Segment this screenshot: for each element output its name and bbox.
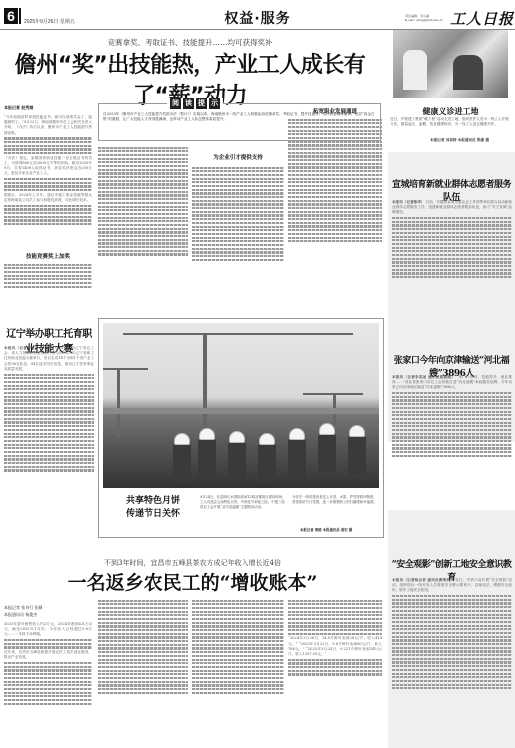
subhead-competition: 技能竞赛奖上加奖 [4,252,92,260]
subhead-talent: 为企业引才提供支持 [192,153,284,161]
second-paragraph: 2023年茶叶销售收入约2万元，2024年涨到4.8万余元，截至2025年1月份… [4,622,92,636]
lead-paragraph: 《办法》规定，参照国家职业技能一至五级证书的员工，可获得800元至2000元不等… [4,156,92,176]
lead-column-2 [98,145,188,315]
second-column-4: “2024年3月26日，14.8斤鲜叶卖到28元/斤，收入414元。” “202… [288,598,382,748]
health-photo-credit: 本报记者 刘昊特 本报通讯员 梁睿 摄 [430,138,489,143]
editor-info: 责任编辑：劳小赢 E-mail：grbqy@grrb.com.cn [405,14,443,22]
subhead-career: 拓宽职业发展通道 [288,107,382,115]
second-column-1: 2023年茶叶销售收入约2万元，2024年涨到4.8万余元，截至2025年1月份… [4,622,92,748]
photo-title-line-1: 共享特色月饼 [108,495,198,508]
safety-article-body: 本报讯（记者杨志君 通讯员费维纳） 近日，中铁六局开展“安全观影”活动，组织项目… [392,578,512,738]
xuancheng-byline: 本报讯（记者陈华） [392,200,424,204]
health-photo-text: 近日，中铁建工集团“暖工程”活动走进工地，组织医护人员为一线工人开展义诊，测量血… [390,117,512,127]
photo-title-line-2: 传递节日关怀 [108,508,198,521]
lead-column-1b [4,262,92,294]
reading-tip-label: 阅 读 提 示 [167,98,223,109]
xuancheng-article-body: 本报讯（记者陈华） 日前，安徽省宣城市委社会工作部等单位联合启动新就业群体志愿服… [392,200,512,320]
lead-paragraph: 据统计，2024年上半年，通过中级工职业技能等级认定的海南某公司员工参与积极性高… [4,193,92,202]
newspaper-logo: 工人日报 [450,8,514,29]
workers-photo [103,323,379,488]
second-byline-2: 本报通讯员 杨俊杰 [4,612,37,618]
photo-caption-col-2: 为坚守一线的建设者送上月饼、水果、护具等慰问物资，营造浓浓节日氛围，进一步增强职… [292,495,380,525]
second-column-2 [98,598,188,748]
lead-column-3 [192,165,284,315]
lead-column-4 [288,117,382,315]
tip-char: 读 [183,98,194,109]
tip-char: 示 [209,98,220,109]
health-photo-title: 健康义诊进工地 [386,106,515,117]
lead-paragraph: “今年如能按时拿到技能证书，就可以领取奖金了，挺激励的了。”9月22日，海南省儋… [4,115,92,135]
second-paragraph: 近年来，宜昌市五峰县积极开展农民工返乡创业服务，推动产业发展。 [4,650,92,659]
health-clinic-photo [393,30,508,98]
photo-caption-col-1: 9月24日，在昆明长水国际机场T2航站楼项目建设现场，工人们品尝云南特色月饼。中… [200,495,288,533]
tip-char: 提 [196,98,207,109]
safety-byline: 本报讯（记者杨志君 通讯员费维纳） [392,578,454,582]
zhangjiakou-byline: 本报讯（记者李美星 通讯员郭淑娟） [392,375,455,379]
tip-char: 阅 [170,98,181,109]
lead-column-1: “今年如能按时拿到技能证书，就可以领取奖金了，挺激励的了。”9月22日，海南省儋… [4,115,92,235]
second-article-kicker: 不到3年时间，宜昌市五峰县茶农方成记年收入增长近4倍 [0,558,385,568]
lead-byline: 本报记者 赵秀娟 [4,105,33,111]
photo-credit: 本报记者 黄榕 本报通讯员 胡宏 摄 [300,528,380,533]
second-byline-1: 本报记者 张舟行 张静 [4,605,43,611]
zhangjiakou-article-body: 本报讯（记者李美星 通讯员郭淑娟） “家门口培训、技能提升、就业推荐……”河北省… [392,375,512,505]
second-column-3 [192,598,284,748]
lead-kicker: 竞赛拿奖、考取证书、技能提升……均可获得奖补 [0,37,380,48]
liaoning-byline: 本报讯（记者刘旭） [4,346,39,350]
liaoning-article-body: 本报讯（记者刘旭） 9月17日至19日，由辽宁省总工会、省人力资源和社会保障厅主… [4,346,94,546]
photo-feature-title: 共享特色月饼 传递节日关怀 [108,495,198,521]
second-article-headline: 一名返乡农民工的“增收账本” [0,568,385,595]
editor-email: E-mail：grbqy@grrb.com.cn [405,18,443,22]
masthead: 6 2025年9月26日 星期五 权益·服务 责任编辑：劳小赢 E-mail：g… [0,0,515,30]
